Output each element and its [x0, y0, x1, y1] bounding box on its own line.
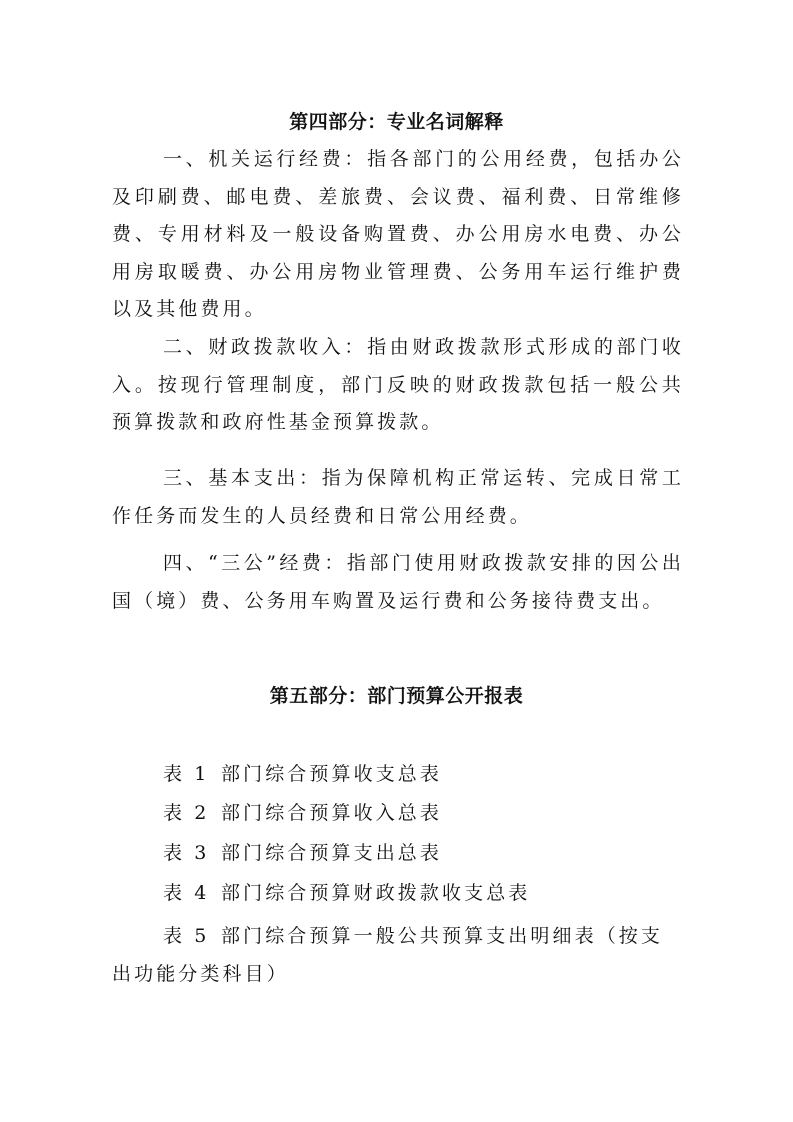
table-number: 表 5 — [163, 918, 221, 956]
report-table-item-1: 表 1部门综合预算收支总表 — [112, 756, 684, 794]
table-name: 部门综合预算支出总表 — [221, 842, 442, 864]
definition-paragraph-3: 三、基本支出：指为保障机构正常运转、完成日常工作任务而发生的人员经费和日常公用经… — [112, 460, 684, 535]
table-name: 部门综合预算财政拨款收支总表 — [221, 882, 530, 904]
table-number: 表 2 — [163, 795, 221, 833]
report-table-item-3: 表 3部门综合预算支出总表 — [112, 835, 684, 873]
report-table-item-2: 表 2部门综合预算收入总表 — [112, 795, 684, 833]
table-name: 部门综合预算收支总表 — [221, 763, 442, 785]
table-name: 部门综合预算收入总表 — [221, 802, 442, 824]
report-table-item-5: 表 5部门综合预算一般公共预算支出明细表（按支出功能分类科目） — [112, 918, 684, 993]
definition-paragraph-1: 一、机关运行经费：指各部门的公用经费，包括办公及印刷费、邮电费、差旅费、会议费、… — [112, 141, 684, 329]
table-number: 表 3 — [163, 835, 221, 873]
definition-paragraph-2: 二、财政拨款收入：指由财政拨款形式形成的部门收入。按现行管理制度，部门反映的财政… — [112, 329, 684, 442]
table-number: 表 4 — [163, 875, 221, 913]
table-number: 表 1 — [163, 756, 221, 794]
section-4-title: 第四部分：专业名词解释 — [0, 110, 793, 134]
definition-paragraph-4: 四、“三公”经费：指部门使用财政拨款安排的因公出国（境）费、公务用车购置及运行费… — [112, 545, 684, 620]
section-5-title: 第五部分：部门预算公开报表 — [0, 684, 793, 708]
document-page: 第四部分：专业名词解释 一、机关运行经费：指各部门的公用经费，包括办公及印刷费、… — [0, 0, 793, 1122]
report-table-item-4: 表 4部门综合预算财政拨款收支总表 — [112, 875, 684, 913]
